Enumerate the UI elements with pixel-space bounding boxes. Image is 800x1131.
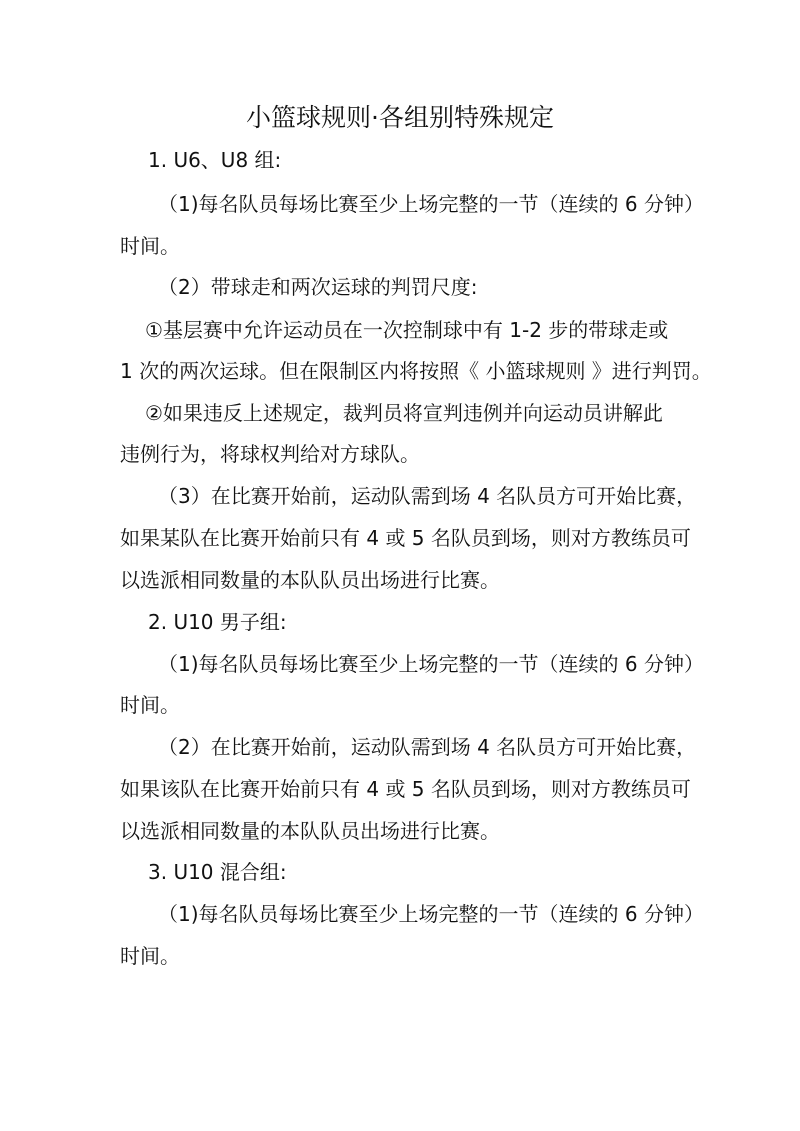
section-heading-u6-u8: 1. U6、U8 组:: [148, 146, 281, 174]
paragraph-line: （1)每名队员每场比赛至少上场完整的一节（连续的 6 分钟）: [158, 900, 704, 928]
document-page: 小篮球规则·各组别特殊规定 1. U6、U8 组: （1)每名队员每场比赛至少上…: [0, 0, 800, 1131]
paragraph-line: （2）在比赛开始前，运动队需到场 4 名队员方可开始比赛，: [158, 733, 696, 761]
section-heading-u10-boys: 2. U10 男子组:: [148, 608, 287, 636]
paragraph-line: 时间。: [120, 691, 180, 719]
document-title: 小篮球规则·各组别特殊规定: [0, 98, 800, 134]
paragraph-line: ①基层赛中允许运动员在一次控制球中有 1-2 步的带球走或: [145, 316, 668, 344]
paragraph-line: 如果该队在比赛开始前只有 4 或 5 名队员到场，则对方教练员可: [120, 775, 691, 803]
paragraph-line: （1)每名队员每场比赛至少上场完整的一节（连续的 6 分钟）: [158, 190, 704, 218]
paragraph-line: ②如果违反上述规定，裁判员将宣判违例并向运动员讲解此: [145, 399, 663, 427]
paragraph-line: 时间。: [120, 942, 180, 970]
paragraph-line: （2）带球走和两次运球的判罚尺度:: [158, 273, 477, 301]
paragraph-line: 违例行为，将球权判给对方球队。: [120, 440, 420, 468]
paragraph-line: 1 次的两次运球。但在限制区内将按照《 小篮球规则 》进行判罚。: [120, 357, 712, 385]
section-heading-u10-mixed: 3. U10 混合组:: [148, 858, 287, 886]
paragraph-line: 以选派相同数量的本队队员出场进行比赛。: [120, 566, 500, 594]
paragraph-line: 时间。: [120, 232, 180, 260]
paragraph-line: 如果某队在比赛开始前只有 4 或 5 名队员到场，则对方教练员可: [120, 524, 691, 552]
paragraph-line: （1)每名队员每场比赛至少上场完整的一节（连续的 6 分钟）: [158, 650, 704, 678]
paragraph-line: （3）在比赛开始前，运动队需到场 4 名队员方可开始比赛，: [158, 482, 696, 510]
paragraph-line: 以选派相同数量的本队队员出场进行比赛。: [120, 817, 500, 845]
